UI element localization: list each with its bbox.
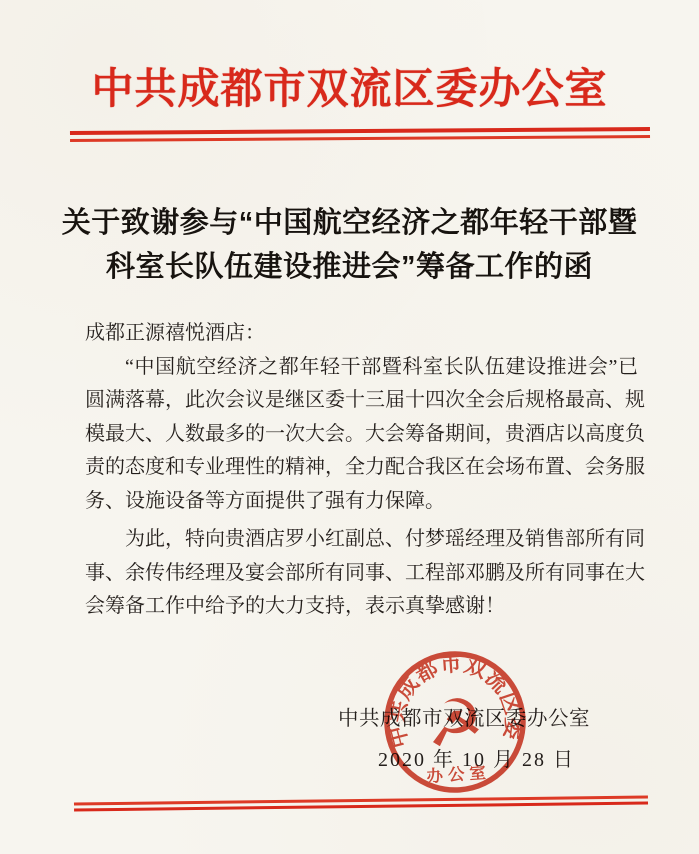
body-line: 模最大、人数最多的一次大会。大会筹备期间，贵酒店以高度负	[85, 418, 638, 452]
body-line: “中国航空经济之都年轻干部暨科室长队伍建设推进会”已	[85, 351, 638, 385]
document-title-line1: 关于致谢参与“中国航空经济之都年轻干部暨	[0, 201, 699, 245]
salutation: 成都正源禧悦酒店：	[85, 317, 638, 351]
letterhead-org-name: 中共成都市双流区委办公室	[0, 56, 699, 116]
footer-divider	[74, 795, 648, 811]
letterhead-divider	[70, 127, 650, 142]
paragraph-2: 为此，特向贵酒店罗小红副总、付梦瑶经理及销售部所有同 事、余传伟经理及宴会部所有…	[85, 523, 638, 624]
document-title-line2: 科室长队伍建设推进会”筹备工作的函	[0, 245, 699, 289]
body-line: 务、设施设备等方面提供了强有力保障。	[85, 485, 638, 519]
letter-body: 成都正源禧悦酒店： “中国航空经济之都年轻干部暨科室长队伍建设推进会”已 圆满落…	[85, 317, 638, 624]
body-line: 责的态度和专业理性的精神，全力配合我区在会场布置、会务服	[85, 451, 638, 485]
document-title: 关于致谢参与“中国航空经济之都年轻干部暨 科室长队伍建设推进会”筹备工作的函	[0, 201, 699, 289]
body-line: 事、余传伟经理及宴会部所有同事、工程部邓鹏及所有同事在大	[85, 557, 638, 591]
official-seal: 中共成都市双流区委 ☭ 办公室	[375, 642, 535, 802]
hammer-sickle-icon: ☭	[424, 685, 486, 763]
paragraph-1: “中国航空经济之都年轻干部暨科室长队伍建设推进会”已 圆满落幕，此次会议是继区委…	[85, 351, 638, 519]
body-line: 圆满落幕，此次会议是继区委十三届十四次全会后规格最高、规	[85, 384, 638, 418]
body-line: 为此，特向贵酒店罗小红副总、付梦瑶经理及销售部所有同	[85, 523, 638, 557]
body-line: 会筹备工作中给予的大力支持，表示真挚感谢！	[85, 590, 638, 624]
official-letter-page: 中共成都市双流区委办公室 关于致谢参与“中国航空经济之都年轻干部暨 科室长队伍建…	[0, 0, 699, 854]
